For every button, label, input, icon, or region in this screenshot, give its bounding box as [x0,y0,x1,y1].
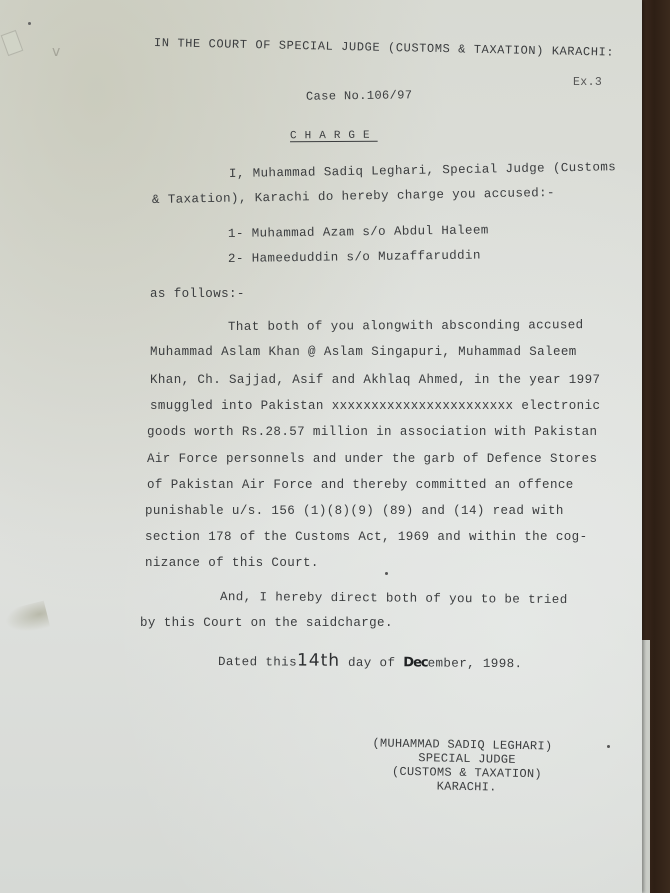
date-line: Dated this14th day of December, 1998. [218,650,523,672]
accused-item: 2- Hameeduddin s/o Muzaffaruddin [228,248,481,266]
case-number: Case No.106/97 [306,88,413,103]
ink-dot [28,22,31,25]
paper-crease [0,601,51,642]
charge-body-line: of Pakistan Air Force and thereby commit… [147,478,574,492]
as-follows-label: as follows:- [150,287,245,301]
charge-body-line: punishable u/s. 156 (1)(8)(9) (89) and (… [145,504,564,518]
direction-line: by this Court on the saidcharge. [140,616,393,630]
exhibit-label: Ex.3 [573,76,602,89]
charge-body-line: goods worth Rs.28.57 million in associat… [147,425,597,439]
intro-line: I, Muhammad Sadiq Leghari, Special Judge… [229,160,616,181]
intro-line: & Taxation), Karachi do hereby charge yo… [152,186,555,207]
date-suffix: ember, 1998. [428,656,523,671]
handwritten-month: Dec [403,655,427,670]
date-middle: day of [340,656,403,670]
pencil-tick-mark: v [52,44,60,60]
court-charge-document: v IN THE COURT OF SPECIAL JUDGE (CUSTOMS… [0,0,642,893]
date-prefix: Dated this [218,655,297,670]
charge-body-line: That both of you alongwith absconding ac… [228,318,584,334]
court-heading: IN THE COURT OF SPECIAL JUDGE (CUSTOMS &… [154,36,614,60]
paper-tear-mark [1,30,24,56]
signature-block: (MUHAMMAD SADIQ LEGHARI) SPECIAL JUDGE (… [362,736,573,796]
charge-body-line: Khan, Ch. Sajjad, Asif and Akhlaq Ahmed,… [150,373,600,387]
ink-dot [607,745,610,748]
charge-body-line: nizance of this Court. [145,556,319,570]
handwritten-day: 14th [297,651,340,671]
charge-body-line: smuggled into Pakistan xxxxxxxxxxxxxxxxx… [150,399,600,413]
direction-line: And, I hereby direct both of you to be t… [220,590,568,607]
ink-dot [385,572,388,575]
charge-body-line: section 178 of the Customs Act, 1969 and… [145,530,587,544]
charge-body-line: Muhammad Aslam Khan @ Aslam Singapuri, M… [150,345,577,359]
document-title: CHARGE [290,130,378,143]
accused-item: 1- Muhammad Azam s/o Abdul Haleem [228,223,489,241]
charge-body-line: Air Force personnels and under the garb … [147,452,597,466]
